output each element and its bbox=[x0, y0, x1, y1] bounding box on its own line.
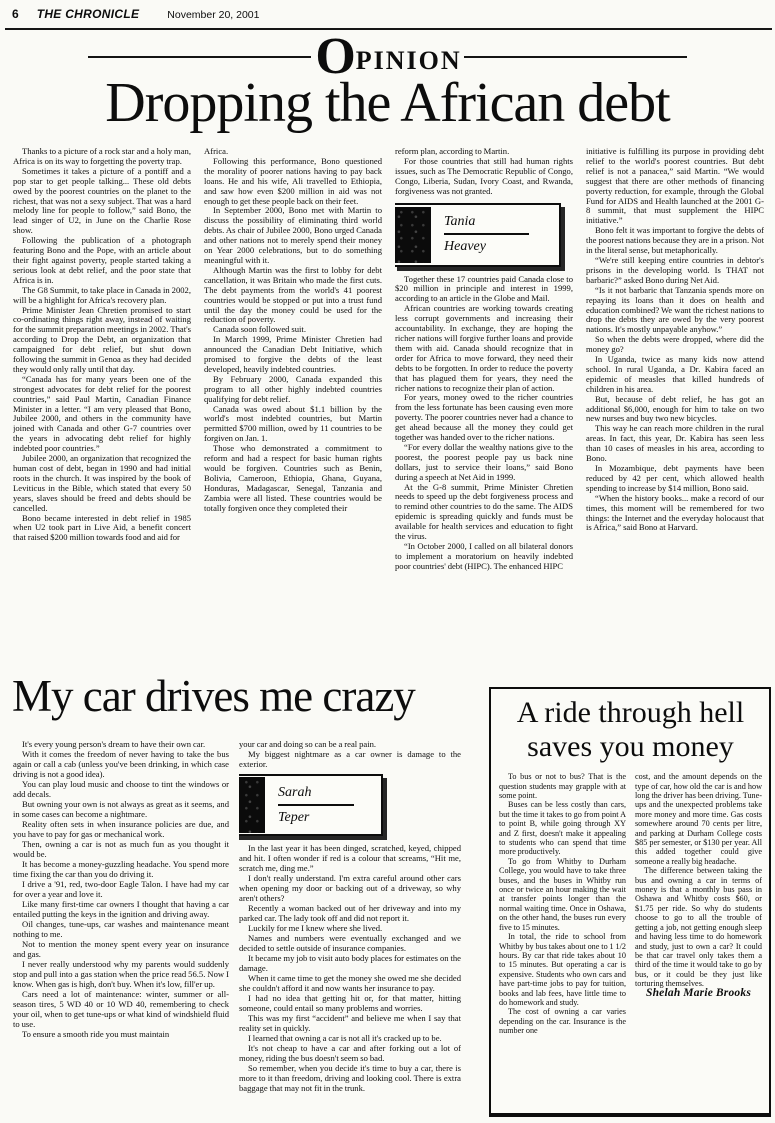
issue-date: November 20, 2001 bbox=[167, 9, 259, 21]
paragraph: The difference between taking the bus an… bbox=[635, 866, 762, 988]
car-article-column-1: It's every young person's dream to have … bbox=[13, 739, 229, 1117]
paragraph: “When the history books... make a record… bbox=[586, 494, 764, 534]
paragraph: Oil changes, tune-ups, car washes and ma… bbox=[13, 919, 229, 939]
paragraph: In total, the ride to school from Whitby… bbox=[499, 932, 626, 1007]
paragraph: It's not cheap to have a car and after f… bbox=[239, 1043, 461, 1063]
paragraph: For years, money owed to the richer coun… bbox=[395, 393, 573, 443]
boxed-article-column-1: To bus or not to bus? That is the questi… bbox=[499, 772, 626, 1120]
paragraph: For those countries that still had human… bbox=[395, 157, 573, 197]
paragraph: Luckily for me I knew where she lived. bbox=[239, 923, 461, 933]
paragraph: I had no idea that getting hit or, for t… bbox=[239, 993, 461, 1013]
byline-rule bbox=[444, 233, 529, 235]
banner-rule-left bbox=[88, 56, 311, 58]
paragraph: “For every dollar the wealthy nations gi… bbox=[395, 443, 573, 483]
paragraph: To ensure a smooth ride you must maintai… bbox=[13, 1029, 229, 1039]
paragraph: Jubilee 2000, an organization that recog… bbox=[13, 454, 191, 513]
author-photo-car bbox=[239, 777, 265, 833]
paragraph: Bono felt it was important to forgive th… bbox=[586, 226, 764, 256]
paragraph: To go from Whitby to Durham College, you… bbox=[499, 857, 626, 932]
paragraph: Then, owning a car is not as much fun as… bbox=[13, 839, 229, 859]
paragraph: Those who demonstrated a commitment to r… bbox=[204, 444, 382, 513]
car-article-headline: My car drives me crazy bbox=[12, 674, 477, 719]
paragraph: your car and doing so can be a real pain… bbox=[239, 739, 461, 749]
byline-card-car: Sarah Teper bbox=[239, 774, 383, 836]
paragraph: In the last year it has been dinged, scr… bbox=[239, 843, 461, 873]
paragraph: You can play loud music and choose to ti… bbox=[13, 779, 229, 799]
car-article-column-2: your car and doing so can be a real pain… bbox=[239, 739, 461, 1117]
paragraph: My biggest nightmare as a car owner is d… bbox=[239, 749, 461, 769]
paragraph: African countries are working towards cr… bbox=[395, 304, 573, 393]
paragraph: Thanks to a picture of a rock star and a… bbox=[13, 147, 191, 167]
paragraph: Buses can be less costly than cars, but … bbox=[499, 800, 626, 856]
paragraph: In September 2000, Bono met with Martin … bbox=[204, 206, 382, 265]
boxed-article: A ride through hell saves you money To b… bbox=[489, 687, 771, 1117]
boxed-article-column-2: cost, and the amount depends on the type… bbox=[635, 772, 762, 1120]
paper-name: THE CHRONICLE bbox=[37, 7, 140, 21]
paragraph: Sometimes it takes a picture of a pontif… bbox=[13, 167, 191, 236]
boxed-title-line-1: A ride through hell bbox=[499, 696, 762, 730]
author-photo-main bbox=[395, 207, 431, 263]
paragraph: The G8 Summit, to take place in Canada i… bbox=[13, 286, 191, 306]
paragraph: Together these 17 countries paid Canada … bbox=[395, 275, 573, 305]
byline-card-main: Tania Heavey bbox=[395, 203, 561, 267]
author-first-name: Tania bbox=[444, 215, 559, 229]
boxed-article-title: A ride through hell saves you money bbox=[499, 696, 762, 763]
paragraph: “Is it not barbaric that Tanzania spends… bbox=[586, 286, 764, 336]
paragraph: I never really understood why my parents… bbox=[13, 959, 229, 989]
paragraph: In March 1999, Prime Minister Chretien h… bbox=[204, 335, 382, 375]
paragraph: This way he can reach more children in t… bbox=[586, 424, 764, 464]
byline-rule bbox=[278, 804, 354, 806]
boxed-article-body: To bus or not to bus? That is the questi… bbox=[499, 772, 762, 1120]
page-number: 6 bbox=[12, 7, 19, 21]
paragraph: cost, and the amount depends on the type… bbox=[635, 772, 762, 866]
masthead-rule bbox=[5, 28, 772, 30]
main-headline: Dropping the African debt bbox=[18, 74, 757, 133]
main-article-column-1: Thanks to a picture of a rock star and a… bbox=[13, 147, 191, 673]
paragraph: initiative is fulfilling its purpose in … bbox=[586, 147, 764, 226]
main-article-body: Thanks to a picture of a rock star and a… bbox=[13, 147, 764, 673]
paragraph: The cost of owning a car varies dependin… bbox=[499, 1007, 626, 1035]
paragraph: Following the publication of a photograp… bbox=[13, 236, 191, 286]
paragraph: Although Martin was the first to lobby f… bbox=[204, 266, 382, 325]
author-last-name: Heavey bbox=[444, 240, 559, 254]
boxed-title-line-2: saves you money bbox=[499, 730, 762, 764]
paragraph: Reality often sets in when insurance pol… bbox=[13, 819, 229, 839]
paragraph: “We're still keeping entire countries in… bbox=[586, 256, 764, 286]
paragraph: Not to mention the money spent every yea… bbox=[13, 939, 229, 959]
paragraph: By February 2000, Canada expanded this p… bbox=[204, 375, 382, 405]
paragraph: To bus or not to bus? That is the questi… bbox=[499, 772, 626, 800]
main-article-column-4: initiative is fulfilling its purpose in … bbox=[586, 147, 764, 673]
main-article-column-3: reform plan, according to Martin.For tho… bbox=[395, 147, 573, 673]
paragraph: But owning your own is not always as gre… bbox=[13, 799, 229, 819]
author-name-main: Tania Heavey bbox=[431, 215, 559, 254]
paragraph: Following this performance, Bono questio… bbox=[204, 157, 382, 207]
car-article-body: It's every young person's dream to have … bbox=[13, 739, 461, 1117]
paragraph: At the G-8 summit, Prime Minister Chreti… bbox=[395, 483, 573, 542]
banner-rule-right bbox=[464, 56, 687, 58]
paragraph: Names and numbers were eventually exchan… bbox=[239, 933, 461, 953]
masthead: 6 THE CHRONICLE November 20, 2001 bbox=[12, 7, 765, 21]
paragraph: In Uganda, twice as many kids now attend… bbox=[586, 355, 764, 395]
author-first-name: Sarah bbox=[278, 786, 381, 800]
paragraph: I don't really understand. I'm extra car… bbox=[239, 873, 461, 903]
paragraph: It has become a money-guzzling headache.… bbox=[13, 859, 229, 879]
paragraph: In Mozambique, debt payments have been r… bbox=[586, 464, 764, 494]
author-name-car: Sarah Teper bbox=[265, 786, 381, 825]
paragraph: I drive a '91, red, two-door Eagle Talon… bbox=[13, 879, 229, 899]
paragraph: When it came time to get the money she o… bbox=[239, 973, 461, 993]
paragraph: It's every young person's dream to have … bbox=[13, 739, 229, 749]
paragraph: “In October 2000, I called on all bilate… bbox=[395, 542, 573, 572]
paragraph: Canada was owed about $1.1 billion by th… bbox=[204, 405, 382, 445]
paragraph: Cars need a lot of maintenance: winter, … bbox=[13, 989, 229, 1029]
author-last-name: Teper bbox=[278, 811, 381, 825]
paragraph: This was my first “accident” and believe… bbox=[239, 1013, 461, 1033]
main-article-column-2: Africa.Following this performance, Bono … bbox=[204, 147, 382, 673]
paragraph: Prime Minister Jean Chretien promised to… bbox=[13, 306, 191, 375]
paragraph: Like many first-time car owners I though… bbox=[13, 899, 229, 919]
author-signature: Shelah Marie Brooks bbox=[635, 989, 762, 998]
paragraph: With it comes the freedom of never havin… bbox=[13, 749, 229, 779]
paragraph: So remember, when you decide it's time t… bbox=[239, 1063, 461, 1093]
paragraph: So when the debts were dropped, where di… bbox=[586, 335, 764, 355]
paragraph: But, because of debt relief, he has got … bbox=[586, 395, 764, 425]
paragraph: “Canada has for many years been one of t… bbox=[13, 375, 191, 454]
paragraph: Bono became interested in debt relief in… bbox=[13, 514, 191, 544]
paragraph: I learned that owning a car is not all i… bbox=[239, 1033, 461, 1043]
paragraph: Recently a woman backed out of her drive… bbox=[239, 903, 461, 923]
paragraph: It became my job to visit auto body plac… bbox=[239, 953, 461, 973]
newspaper-page: 6 THE CHRONICLE November 20, 2001 O PINI… bbox=[0, 0, 775, 1123]
